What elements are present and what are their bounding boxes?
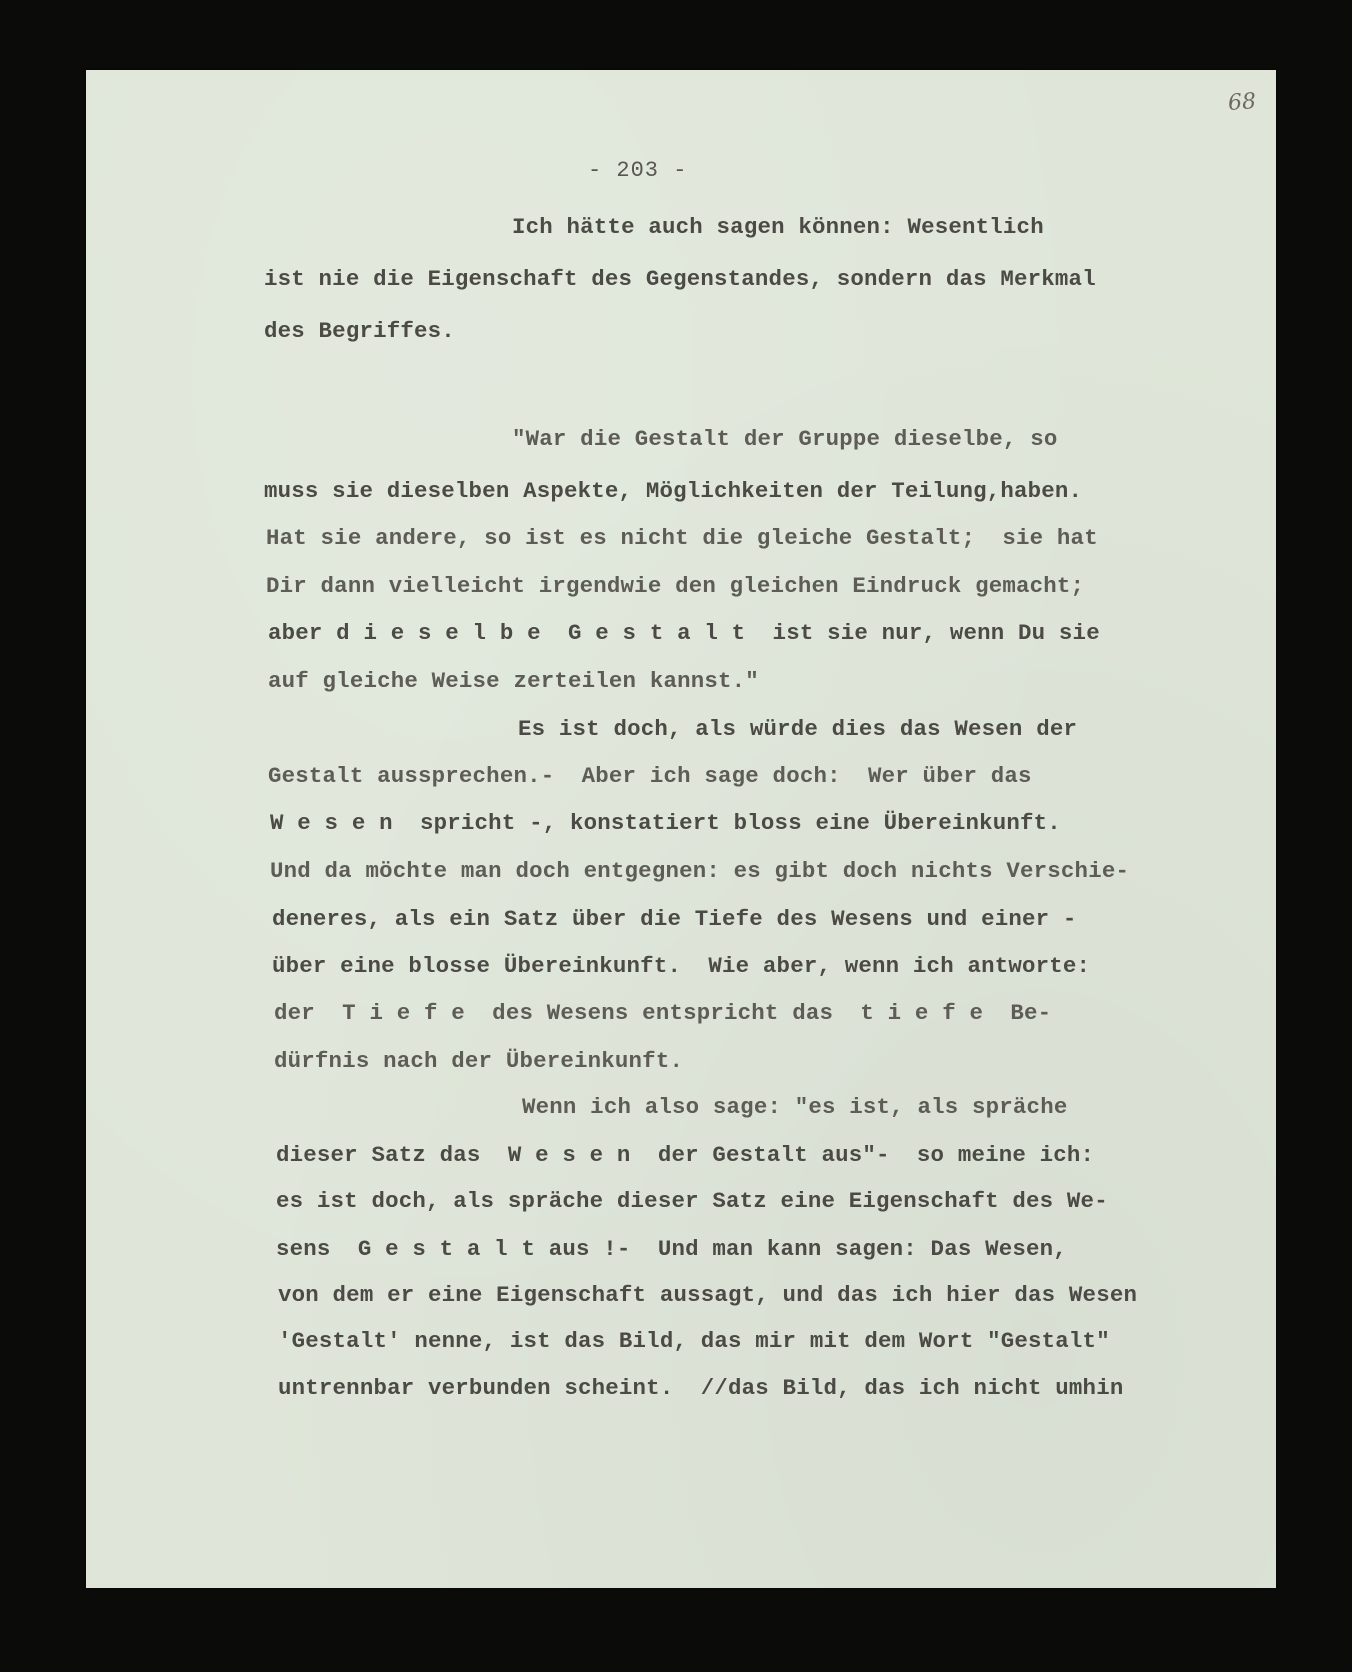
typescript-page: 68 - 203 - Ich hätte auch sagen können: …: [86, 70, 1276, 1588]
text-line: dieser Satz das W e s e n der Gestalt au…: [276, 1142, 1094, 1168]
text-line: deneres, als ein Satz über die Tiefe des…: [272, 906, 1077, 932]
text-line: sens G e s t a l t aus !- Und man kann s…: [276, 1236, 1067, 1262]
text-line: von dem er eine Eigenschaft aussagt, und…: [278, 1282, 1137, 1308]
text-line: es ist doch, als spräche dieser Satz ein…: [276, 1188, 1108, 1214]
text-line: auf gleiche Weise zerteilen kannst.": [268, 668, 759, 694]
text-line: W e s e n spricht -, konstatiert bloss e…: [270, 810, 1061, 836]
text-line: Wenn ich also sage: "es ist, als spräche: [522, 1094, 1067, 1120]
text-line: Hat sie andere, so ist es nicht die glei…: [266, 525, 1098, 551]
text-line: 'Gestalt' nenne, ist das Bild, das mir m…: [278, 1328, 1110, 1354]
text-line: Es ist doch, als würde dies das Wesen de…: [518, 716, 1077, 742]
text-line: Und da möchte man doch entgegnen: es gib…: [270, 858, 1129, 884]
handwritten-folio-number: 68: [1227, 89, 1257, 116]
text-line: ist nie die Eigenschaft des Gegenstandes…: [264, 266, 1096, 292]
text-line: Gestalt aussprechen.- Aber ich sage doch…: [268, 763, 1032, 789]
text-line: Ich hätte auch sagen können: Wesentlich: [512, 214, 1044, 240]
text-line: "War die Gestalt der Gruppe dieselbe, so: [512, 426, 1057, 452]
text-line: dürfnis nach der Übereinkunft.: [274, 1048, 683, 1074]
text-line: untrennbar verbunden scheint. //das Bild…: [278, 1375, 1123, 1401]
text-line: über eine blosse Übereinkunft. Wie aber,…: [272, 953, 1090, 979]
text-line: des Begriffes.: [264, 318, 455, 344]
text-line: muss sie dieselben Aspekte, Möglichkeite…: [264, 478, 1082, 504]
text-line: aber d i e s e l b e G e s t a l t ist s…: [268, 620, 1100, 646]
page-number: - 203 -: [588, 158, 687, 183]
text-line: der T i e f e des Wesens entspricht das …: [274, 1000, 1051, 1026]
text-line: Dir dann vielleicht irgendwie den gleich…: [266, 573, 1084, 599]
